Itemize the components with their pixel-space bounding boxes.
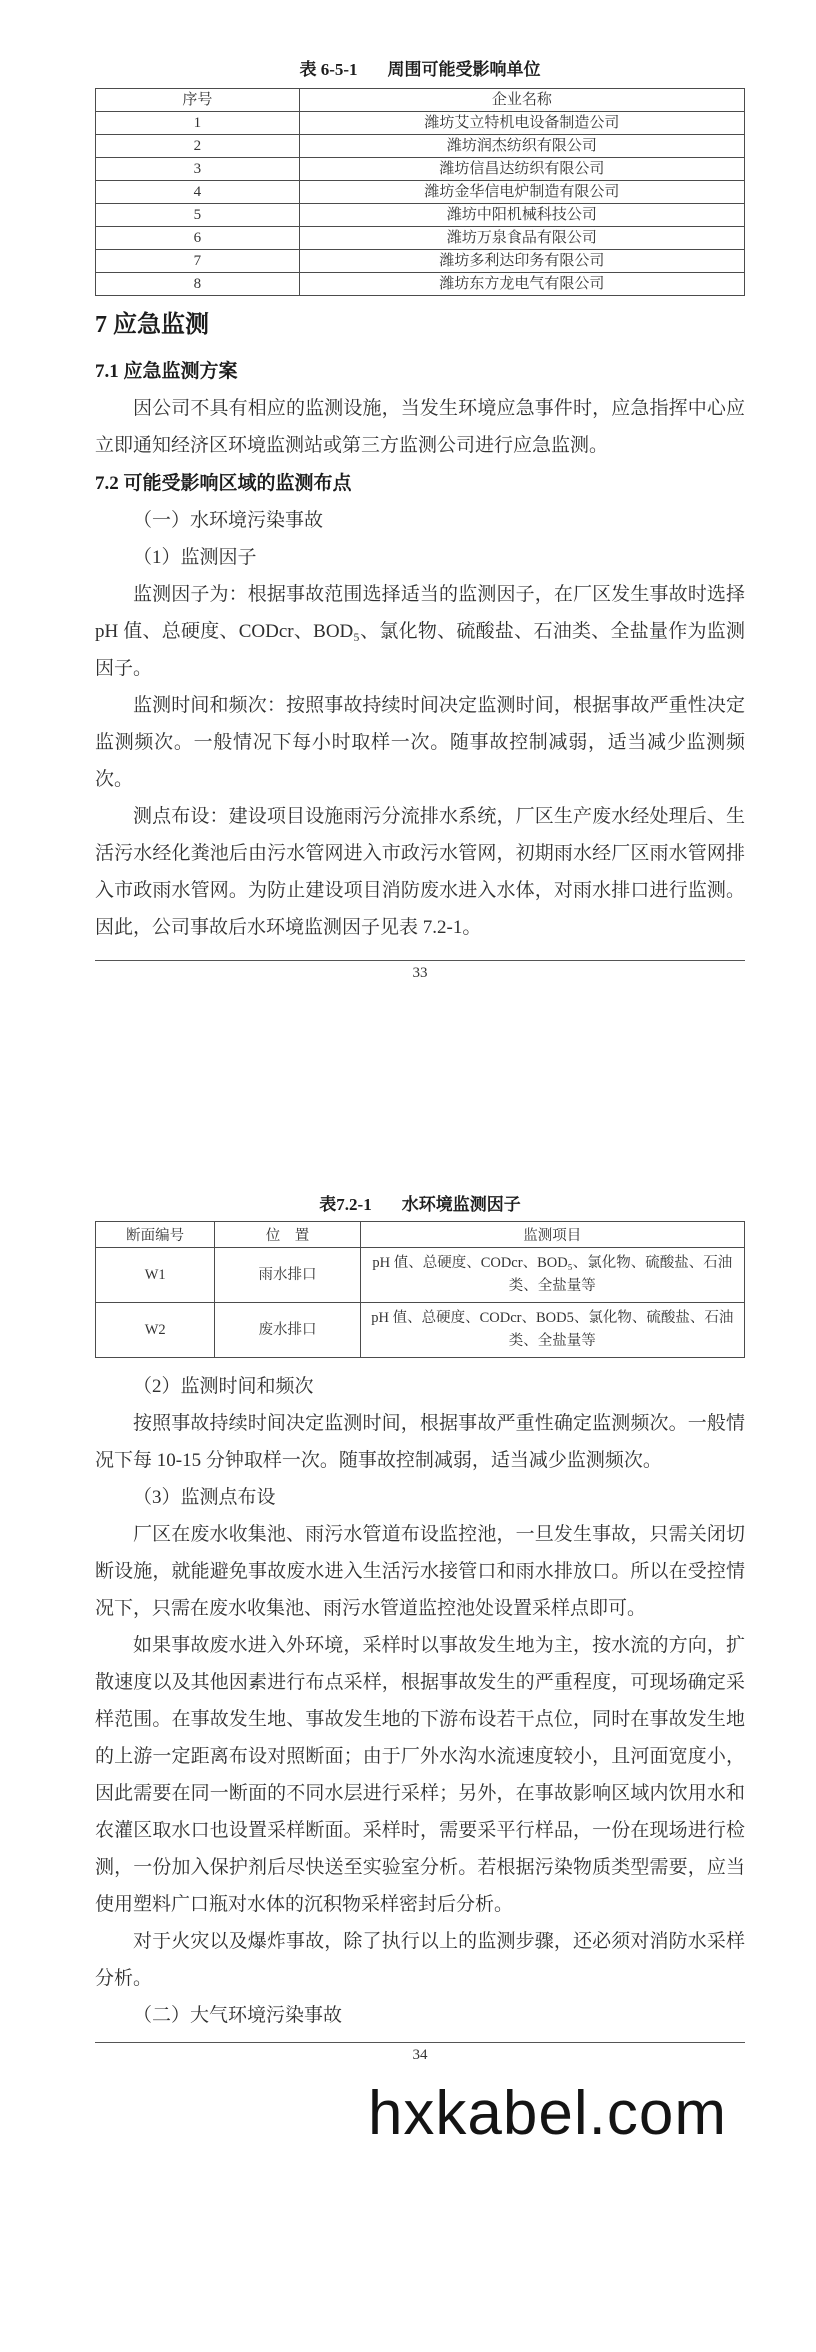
cell-seq: 4	[96, 181, 300, 204]
cell-location: 雨水排口	[215, 1248, 360, 1303]
cell-seq: 6	[96, 227, 300, 250]
subsection-label: （2）监测时间和频次	[95, 1368, 745, 1405]
paragraph: 厂区在废水收集池、雨污水管道布设监控池，一旦发生事故，只需关闭切断设施，就能避免…	[95, 1516, 745, 1627]
document-canvas: 表 6-5-1周围可能受影响单位 序号 企业名称 1潍坊艾立特机电设备制造公司 …	[0, 0, 816, 2148]
cell-company: 潍坊多利达印务有限公司	[299, 250, 744, 273]
table-row: W1 雨水排口 pH 值、总硬度、CODcr、BOD₅、氯化物、硫酸盐、石油类、…	[96, 1248, 745, 1303]
cell-seq: 5	[96, 204, 300, 227]
page-number: 33	[95, 961, 745, 982]
table-7-2-1: 断面编号 位 置 监测项目 W1 雨水排口 pH 值、总硬度、CODcr、BOD…	[95, 1221, 745, 1358]
column-header-section-id: 断面编号	[96, 1222, 215, 1248]
cell-seq: 1	[96, 112, 300, 135]
table-7-2-1-caption: 表7.2-1水环境监测因子	[95, 1190, 745, 1215]
cell-company: 潍坊万泉食品有限公司	[299, 227, 744, 250]
chapter-heading: 7 应急监测	[95, 310, 745, 340]
cell-company: 潍坊润杰纺织有限公司	[299, 135, 744, 158]
paragraph: 监测因子为：根据事故范围选择适当的监测因子，在厂区发生事故时选择 pH 值、总硬…	[95, 576, 745, 687]
table-row: 6潍坊万泉食品有限公司	[96, 227, 745, 250]
cell-section-id: W2	[96, 1303, 215, 1358]
table-caption-text: 周围可能受影响单位	[388, 60, 541, 79]
table-caption-label: 表7.2-1	[319, 1195, 371, 1214]
subsection-label: （1）监测因子	[95, 539, 745, 576]
paragraph: 如果事故废水进入外环境，采样时以事故发生地为主，按水流的方向，扩散速度以及其他因…	[95, 1627, 745, 1923]
subsection-label: （一）水环境污染事故	[95, 502, 745, 539]
cell-company: 潍坊信昌达纺织有限公司	[299, 158, 744, 181]
page-34: 表7.2-1水环境监测因子 断面编号 位 置 监测项目 W1 雨水排口 pH 值…	[95, 1190, 745, 2064]
cell-seq: 8	[96, 273, 300, 296]
cell-company: 潍坊东方龙电气有限公司	[299, 273, 744, 296]
watermark-text: hxkabel.com	[95, 2080, 745, 2148]
page-number: 34	[95, 2043, 745, 2064]
cell-seq: 3	[96, 158, 300, 181]
cell-items: pH 值、总硬度、CODcr、BOD5、氯化物、硫酸盐、石油类、全盐量等	[360, 1303, 744, 1358]
cell-company: 潍坊金华信电炉制造有限公司	[299, 181, 744, 204]
table-row: 1潍坊艾立特机电设备制造公司	[96, 112, 745, 135]
paragraph: 测点布设：建设项目设施雨污分流排水系统，厂区生产废水经处理后、生活污水经化粪池后…	[95, 798, 745, 946]
table-row: 5潍坊中阳机械科技公司	[96, 204, 745, 227]
section-heading-7-1: 7.1 应急监测方案	[95, 360, 745, 384]
paragraph: 监测时间和频次：按照事故持续时间决定监测时间，根据事故严重性决定监测频次。一般情…	[95, 687, 745, 798]
table-caption-label: 表 6-5-1	[299, 60, 357, 79]
table-header-row: 序号 企业名称	[96, 89, 745, 112]
cell-location: 废水排口	[215, 1303, 360, 1358]
table-row: 8潍坊东方龙电气有限公司	[96, 273, 745, 296]
cell-section-id: W1	[96, 1248, 215, 1303]
column-header-location: 位 置	[215, 1222, 360, 1248]
table-row: 7潍坊多利达印务有限公司	[96, 250, 745, 273]
column-header-seq: 序号	[96, 89, 300, 112]
cell-seq: 7	[96, 250, 300, 273]
subsection-label: （二）大气环境污染事故	[95, 1997, 745, 2034]
cell-seq: 2	[96, 135, 300, 158]
table-row: 3潍坊信昌达纺织有限公司	[96, 158, 745, 181]
page-33: 表 6-5-1周围可能受影响单位 序号 企业名称 1潍坊艾立特机电设备制造公司 …	[95, 0, 745, 982]
cell-company: 潍坊中阳机械科技公司	[299, 204, 744, 227]
subsection-label: （3）监测点布设	[95, 1479, 745, 1516]
paragraph: 按照事故持续时间决定监测时间，根据事故严重性确定监测频次。一般情况下每 10-1…	[95, 1405, 745, 1479]
paragraph: 因公司不具有相应的监测设施，当发生环境应急事件时，应急指挥中心应立即通知经济区环…	[95, 390, 745, 464]
table-header-row: 断面编号 位 置 监测项目	[96, 1222, 745, 1248]
section-heading-7-2: 7.2 可能受影响区域的监测布点	[95, 472, 745, 496]
table-6-5-1: 序号 企业名称 1潍坊艾立特机电设备制造公司 2潍坊润杰纺织有限公司 3潍坊信昌…	[95, 88, 745, 296]
table-caption-text: 水环境监测因子	[402, 1195, 521, 1214]
column-header-company: 企业名称	[299, 89, 744, 112]
paragraph: 对于火灾以及爆炸事故，除了执行以上的监测步骤，还必须对消防水采样分析。	[95, 1923, 745, 1997]
table-row: 4潍坊金华信电炉制造有限公司	[96, 181, 745, 204]
column-header-items: 监测项目	[360, 1222, 744, 1248]
cell-items: pH 值、总硬度、CODcr、BOD₅、氯化物、硫酸盐、石油类、全盐量等	[360, 1248, 744, 1303]
table-6-5-1-caption: 表 6-5-1周围可能受影响单位	[95, 55, 745, 80]
table-row: 2潍坊润杰纺织有限公司	[96, 135, 745, 158]
table-row: W2 废水排口 pH 值、总硬度、CODcr、BOD5、氯化物、硫酸盐、石油类、…	[96, 1303, 745, 1358]
cell-company: 潍坊艾立特机电设备制造公司	[299, 112, 744, 135]
